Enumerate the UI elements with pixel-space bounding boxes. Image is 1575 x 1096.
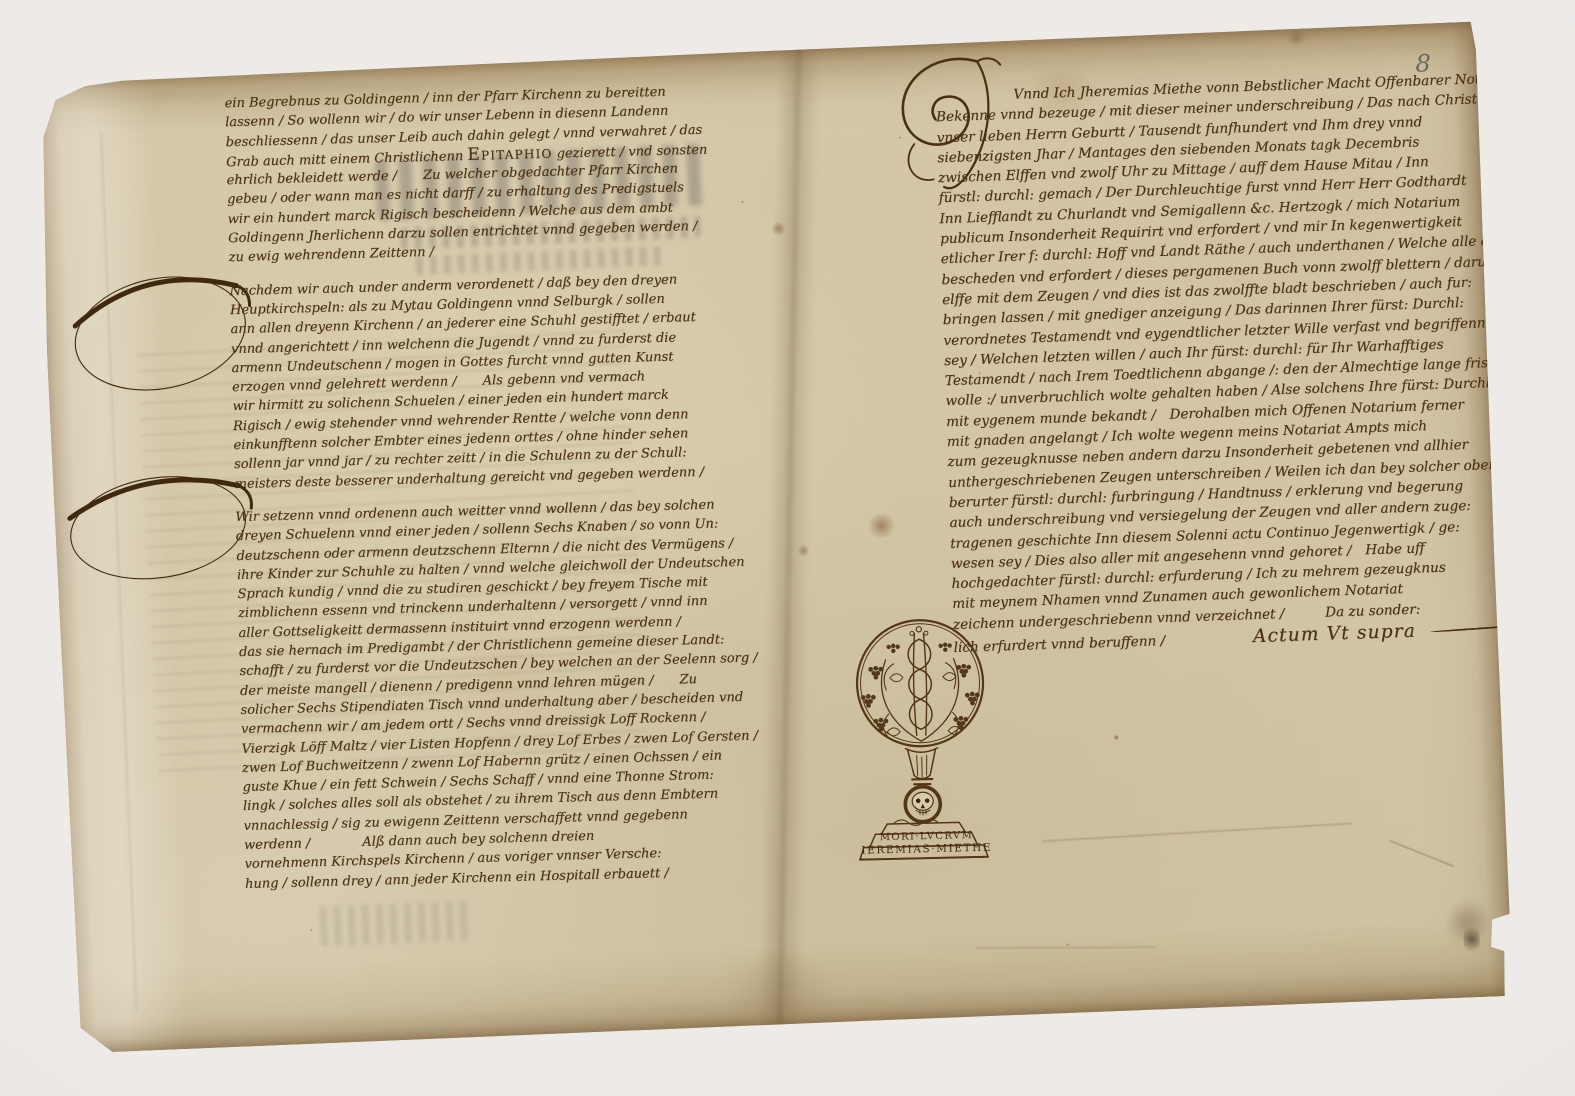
stain <box>1283 30 1310 45</box>
stain <box>866 513 897 538</box>
center-fold <box>758 37 821 1048</box>
stain <box>1438 899 1498 945</box>
stain <box>712 952 850 1037</box>
left-page-text: ein Begrebnus zu Goldingenn / inn der Pf… <box>224 81 750 894</box>
paragraph: Vnnd Ich Jheremias Miethe vonn Bebstlich… <box>935 69 1498 635</box>
crease <box>1388 839 1454 867</box>
pen-flourish <box>1430 624 1526 633</box>
crease <box>977 946 1157 949</box>
right-page-text: Vnnd Ich Jheremias Miethe vonn Bebstlich… <box>935 69 1499 657</box>
bleedthrough-row <box>319 901 470 947</box>
ink-specks <box>36 79 38 81</box>
line-group: ehrlich bekleidett werde / Zu welcher ob… <box>226 158 733 268</box>
stain <box>1463 924 1480 955</box>
epitaphio-word: Epitaphio <box>467 143 553 165</box>
crease <box>100 132 137 1011</box>
parchment-spread: 8 <box>36 21 1514 1053</box>
crease <box>1042 822 1352 842</box>
paragraph: Wir setzenn vnnd ordenenn auch weitter v… <box>235 495 750 894</box>
actum-ut-supra: Actum Vt supra <box>1253 621 1417 647</box>
paragraph: Nachdem wir auch under anderm verordenet… <box>229 269 739 494</box>
stain <box>770 221 787 236</box>
text-segment: gezierett / vnd sonsten <box>552 143 707 162</box>
manuscript-photo: 8 <box>0 0 1575 1096</box>
paragraph: ein Begrebnus zu Goldingenn / inn der Pf… <box>224 81 733 268</box>
stain <box>797 545 809 557</box>
notary-mark: MORI·LVCRVM IEREMIAS·MIETHE <box>827 615 1023 874</box>
